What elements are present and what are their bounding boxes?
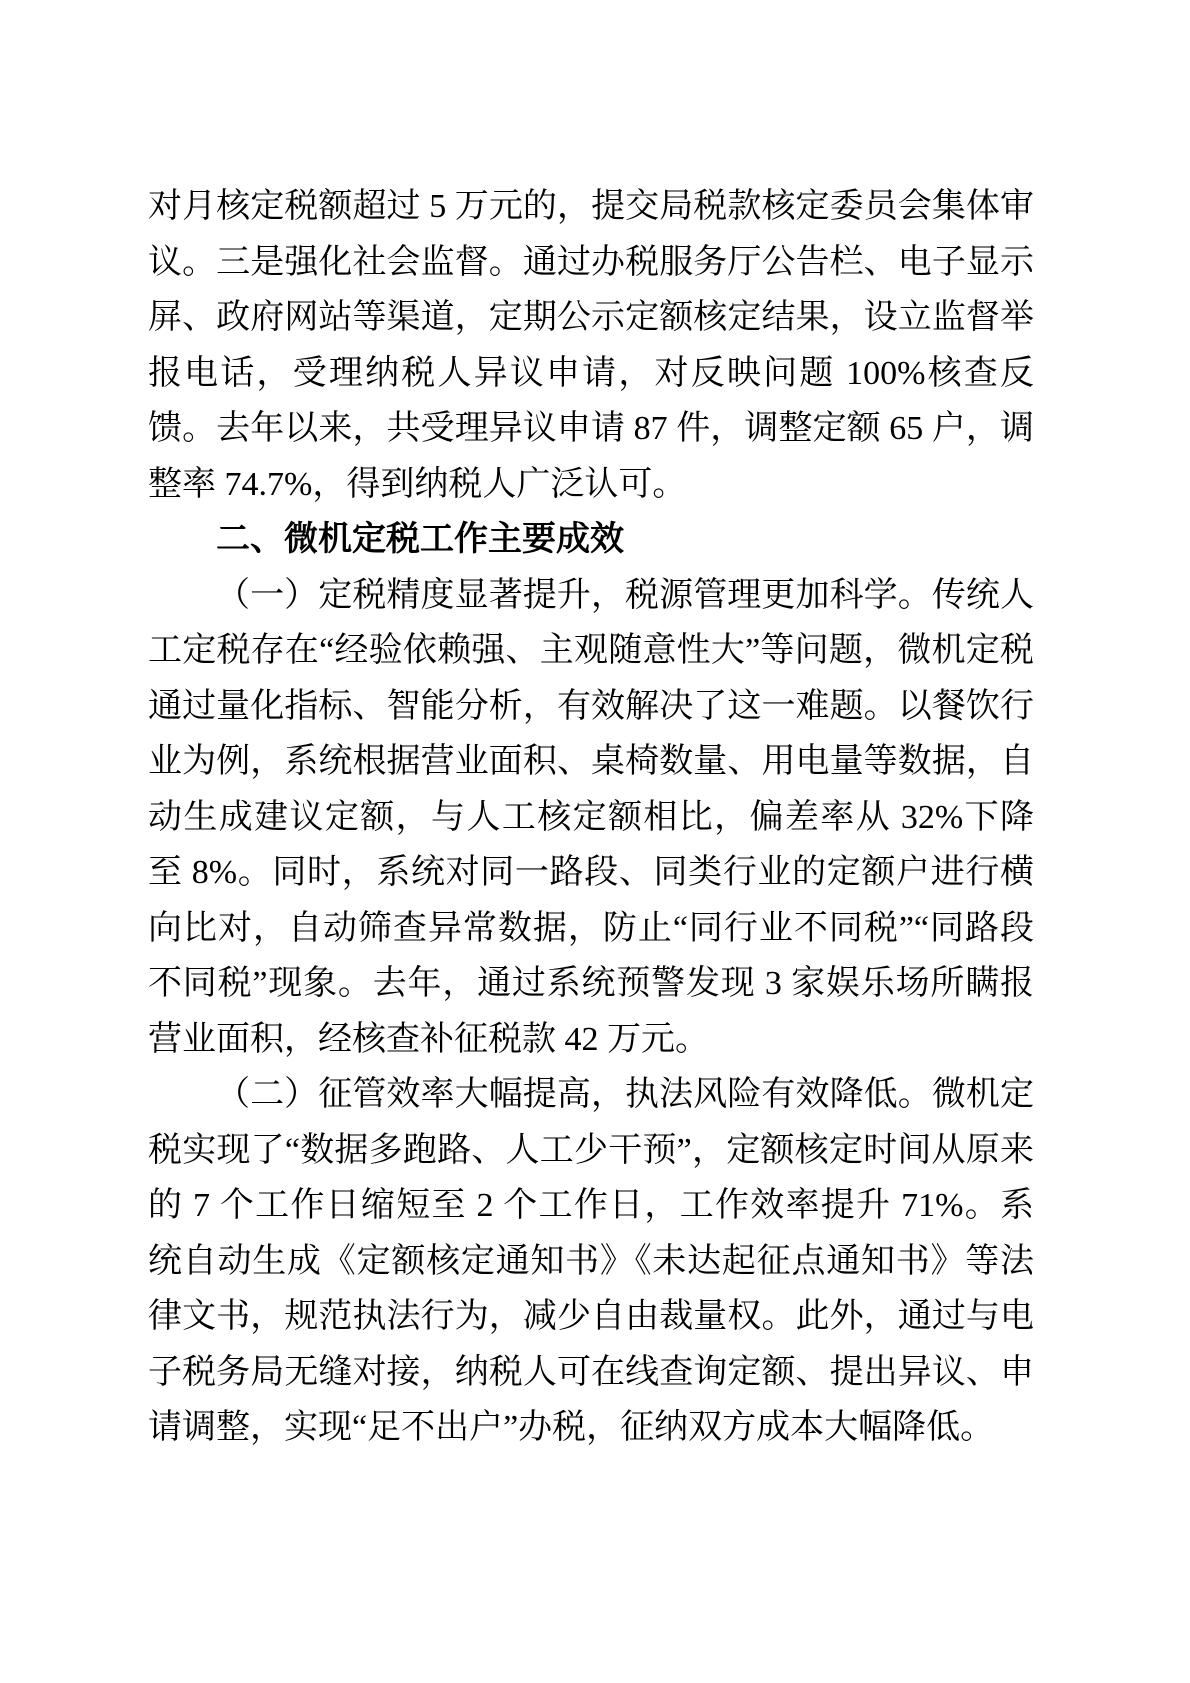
document-content: 对月核定税额超过 5 万元的，提交局税款核定委员会集体审议。三是强化社会监督。通… [148,179,1034,1456]
continuation-paragraph: 对月核定税额超过 5 万元的，提交局税款核定委员会集体审议。三是强化社会监督。通… [148,179,1034,512]
subsection-1-body: 传统人工定税存在“经验依赖强、主观随意性大”等问题，微机定税通过量化指标、智能分… [148,577,1034,1058]
subsection-2-paragraph: （二）征管效率大幅提高，执法风险有效降低。微机定税实现了“数据多跑路、人工少干预… [148,1067,1034,1456]
subsection-1-lead: （一）定税精度显著提升，税源管理更加科学。 [216,577,932,614]
section-heading: 二、微机定税工作主要成效 [148,512,1034,568]
subsection-2-lead: （二）征管效率大幅提高，执法风险有效降低。 [216,1076,932,1113]
subsection-1-paragraph: （一）定税精度显著提升，税源管理更加科学。传统人工定税存在“经验依赖强、主观随意… [148,568,1034,1068]
document-page: 对月核定税额超过 5 万元的，提交局税款核定委员会集体审议。三是强化社会监督。通… [0,0,1190,1683]
subsection-2-body: 微机定税实现了“数据多跑路、人工少干预”，定额核定时间从原来的 7 个工作日缩短… [148,1076,1034,1446]
